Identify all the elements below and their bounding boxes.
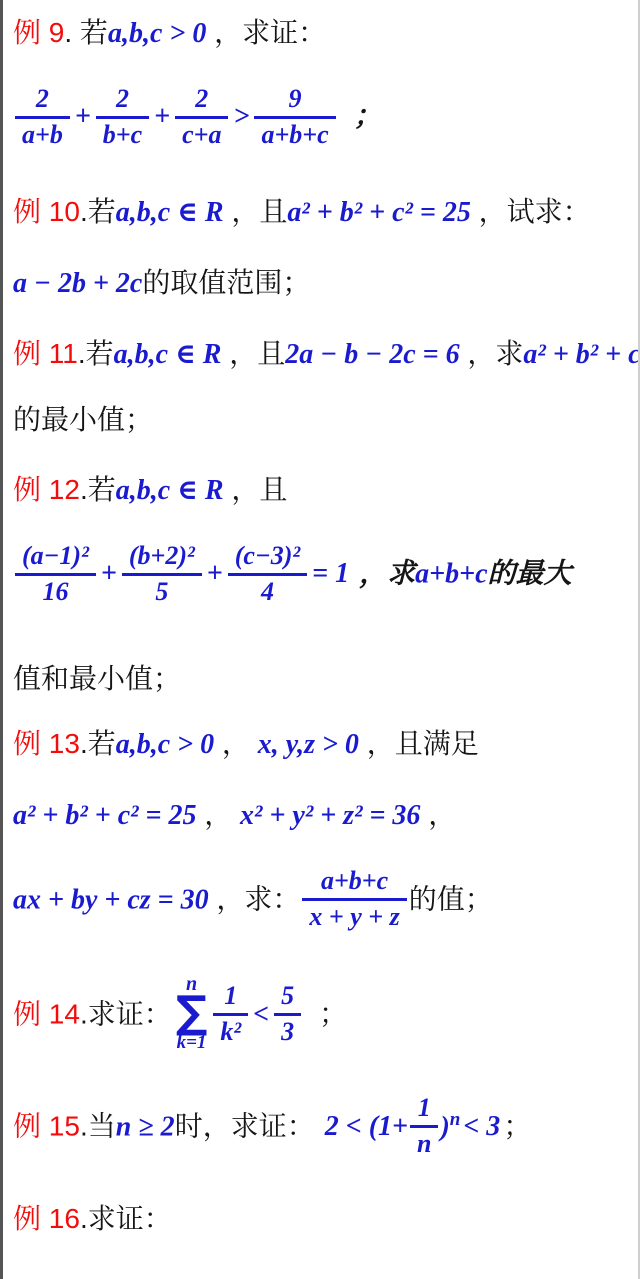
comma: ， xyxy=(203,1110,231,1141)
example-13-label: 例 13 xyxy=(13,728,80,759)
text-ruo: 若 xyxy=(88,196,116,227)
comma: ， xyxy=(209,883,245,914)
comma: ， xyxy=(460,338,496,369)
label-dot: . xyxy=(80,1110,88,1141)
fraction-numerator: (b+2)² xyxy=(122,541,202,573)
text-shi: 时 xyxy=(175,1110,203,1141)
text-maximum: 的最大 xyxy=(488,558,572,589)
comma: ， xyxy=(224,474,260,505)
label-dot: . xyxy=(80,728,88,759)
fraction-numerator: (a−1)² xyxy=(15,541,96,573)
fraction: 2b+c xyxy=(96,84,149,150)
fraction-denominator: a+b+c xyxy=(254,116,335,150)
text-qiu: 求： xyxy=(244,883,300,914)
example-16-label: 例 16 xyxy=(13,1203,80,1234)
math-equation: x² + y² + z² = 36 xyxy=(240,800,420,831)
text-range: 的取值范围； xyxy=(142,267,310,298)
math-equation: ax + by + cz = 30 xyxy=(13,884,209,915)
plus-operator: + xyxy=(154,101,170,132)
example-13-line2: a² + b² + c² = 25 ， x² + y² + z² = 36 ， xyxy=(13,797,634,834)
fraction: (c−3)²4 xyxy=(228,541,307,607)
fraction: (b+2)²5 xyxy=(122,541,202,607)
text-ruo: 若 xyxy=(88,728,116,759)
example-15-line: 例 15.当n ≥ 2时，求证：2 < (1+1n)n< 3； xyxy=(13,1095,634,1161)
fraction-denominator: k² xyxy=(213,1013,248,1047)
summation-lower-limit: k=1 xyxy=(176,1033,208,1053)
fraction-denominator: 3 xyxy=(274,1013,301,1047)
text-qie: 且 xyxy=(259,474,287,505)
closing-paren: ) xyxy=(440,1111,449,1142)
semicolon: ； xyxy=(503,1110,531,1141)
comma: ， xyxy=(196,799,240,830)
math-set-condition: a,b,c ∈ R xyxy=(116,197,224,228)
fraction: 1n xyxy=(410,1093,438,1159)
comma: ， xyxy=(352,558,387,589)
semicolon: ； xyxy=(319,998,347,1029)
semicolon: ； xyxy=(354,101,382,132)
math-set-condition: a,b,c ∈ R xyxy=(114,339,222,370)
comma: ， xyxy=(222,338,258,369)
fraction: 2a+b xyxy=(15,84,70,150)
example-9-formula: 2a+b+2b+c+2c+a>9a+b+c； xyxy=(13,86,634,152)
fraction: 1k² xyxy=(213,981,248,1047)
text-ruo: 若 xyxy=(88,474,116,505)
comma: ， xyxy=(214,728,258,759)
text-min-max: 值和最小值； xyxy=(13,663,181,694)
text-ask: 求证： xyxy=(231,1110,315,1141)
label-dot: . xyxy=(80,196,88,227)
example-10-heading: 例 10.若a,b,c ∈ R ，且a² + b² + c² = 25 ，试求： xyxy=(13,194,634,231)
label-dot: . xyxy=(78,338,86,369)
text-satisfy: 且满足 xyxy=(395,728,479,759)
math-condition: n ≥ 2 xyxy=(116,1111,175,1142)
comma: ， xyxy=(206,17,242,48)
example-12-line3: 值和最小值； xyxy=(13,661,634,697)
example-9-heading: 例 9. 若a,b,c > 0 ，求证： xyxy=(13,15,634,52)
fraction-denominator: 16 xyxy=(15,573,96,607)
math-inequality-right: < 3 xyxy=(463,1111,500,1142)
less-than-operator: < xyxy=(253,999,269,1030)
fraction-numerator: (c−3)² xyxy=(228,541,307,573)
text-ask: 求证： xyxy=(88,1203,172,1234)
text-qiu: 求 xyxy=(387,558,415,589)
example-14-line: 例 14.求证：n∑k=11k²<53； xyxy=(13,977,634,1055)
text-qie: 且 xyxy=(259,196,287,227)
fraction-denominator: c+a xyxy=(175,116,228,150)
fraction-numerator: 9 xyxy=(254,84,335,116)
example-11-line2: 的最小值； xyxy=(13,402,634,438)
fraction-numerator: 1 xyxy=(213,981,248,1013)
document-page: 例 9. 若a,b,c > 0 ，求证： 2a+b+2b+c+2c+a>9a+b… xyxy=(0,0,640,1279)
fraction-denominator: 5 xyxy=(122,573,202,607)
plus-operator: + xyxy=(101,558,117,589)
math-condition: a,b,c > 0 xyxy=(116,729,214,760)
equals-value: = 1 xyxy=(312,558,349,589)
fraction: 53 xyxy=(274,981,301,1047)
math-inequality-left: 2 < (1+ xyxy=(325,1111,408,1142)
fraction-denominator: 4 xyxy=(228,573,307,607)
text-ruo: 若 xyxy=(86,338,114,369)
fraction-denominator: a+b xyxy=(15,116,70,150)
text-qiu: 求 xyxy=(495,338,523,369)
math-expression: a+b+c xyxy=(415,558,487,589)
summation-symbol: n∑k=1 xyxy=(176,975,208,1053)
comma: ， xyxy=(471,196,507,227)
fraction: a+b+cx + y + z xyxy=(302,866,406,932)
label-dot: . xyxy=(64,17,80,48)
example-13-line3: ax + by + cz = 30 ，求：a+b+cx + y + z的值； xyxy=(13,868,634,934)
text-dang: 当 xyxy=(88,1110,116,1141)
fraction-numerator: a+b+c xyxy=(302,866,406,898)
example-11-label: 例 11 xyxy=(13,338,78,369)
exponent: n xyxy=(450,1109,461,1130)
comma: ， xyxy=(224,196,260,227)
example-11-heading: 例 11.若a,b,c ∈ R ，且2a − b − 2c = 6 ，求a² +… xyxy=(13,336,634,373)
plus-operator: + xyxy=(207,558,223,589)
example-16-line: 例 16.求证： xyxy=(13,1201,634,1237)
math-equation: 2a − b − 2c = 6 xyxy=(285,339,459,370)
sigma-icon: ∑ xyxy=(176,993,208,1033)
example-12-label: 例 12 xyxy=(13,474,80,505)
text-ask: 求证： xyxy=(242,17,326,48)
math-set-condition: a,b,c ∈ R xyxy=(116,475,224,506)
math-expression: a − 2b + 2c xyxy=(13,268,142,299)
text-value: 的值； xyxy=(409,883,493,914)
example-10-line2: a − 2b + 2c的取值范围； xyxy=(13,265,634,302)
math-equation: a² + b² + c² = 25 xyxy=(13,800,196,831)
math-expression: a² + b² + c² xyxy=(523,339,640,370)
example-14-label: 例 14 xyxy=(13,998,80,1029)
example-12-heading: 例 12.若a,b,c ∈ R ，且 xyxy=(13,472,634,509)
math-equation: a² + b² + c² = 25 xyxy=(287,197,470,228)
fraction-numerator: 2 xyxy=(175,84,228,116)
math-condition: a,b,c > 0 xyxy=(108,18,206,49)
example-13-heading: 例 13.若a,b,c > 0 ， x, y,z > 0 ，且满足 xyxy=(13,726,634,763)
label-dot: . xyxy=(80,1203,88,1234)
fraction-numerator: 2 xyxy=(15,84,70,116)
comma: ， xyxy=(420,799,456,830)
fraction-denominator: x + y + z xyxy=(302,898,406,932)
math-condition: x, y,z > 0 xyxy=(258,729,359,760)
fraction-denominator: b+c xyxy=(96,116,149,150)
example-9-label: 例 9 xyxy=(13,17,64,48)
label-dot: . xyxy=(80,474,88,505)
fraction: 2c+a xyxy=(175,84,228,150)
fraction-numerator: 5 xyxy=(274,981,301,1013)
fraction-denominator: n xyxy=(410,1125,438,1159)
comma: ， xyxy=(359,728,395,759)
example-10-label: 例 10 xyxy=(13,196,80,227)
text-ask: 求证： xyxy=(88,998,172,1029)
text-ask: 试求： xyxy=(507,196,591,227)
example-12-formula: (a−1)²16+(b+2)²5+(c−3)²4= 1 ，求a+b+c的最大 xyxy=(13,543,634,609)
fraction-numerator: 2 xyxy=(96,84,149,116)
fraction: 9a+b+c xyxy=(254,84,335,150)
label-dot: . xyxy=(80,998,88,1029)
example-15-label: 例 15 xyxy=(13,1110,80,1141)
text-ruo: 若 xyxy=(80,17,108,48)
text-qie: 且 xyxy=(257,338,285,369)
plus-operator: + xyxy=(75,101,91,132)
fraction: (a−1)²16 xyxy=(15,541,96,607)
text-minimum: 的最小值； xyxy=(13,404,153,435)
fraction-numerator: 1 xyxy=(410,1093,438,1125)
greater-than-operator: > xyxy=(233,101,249,132)
